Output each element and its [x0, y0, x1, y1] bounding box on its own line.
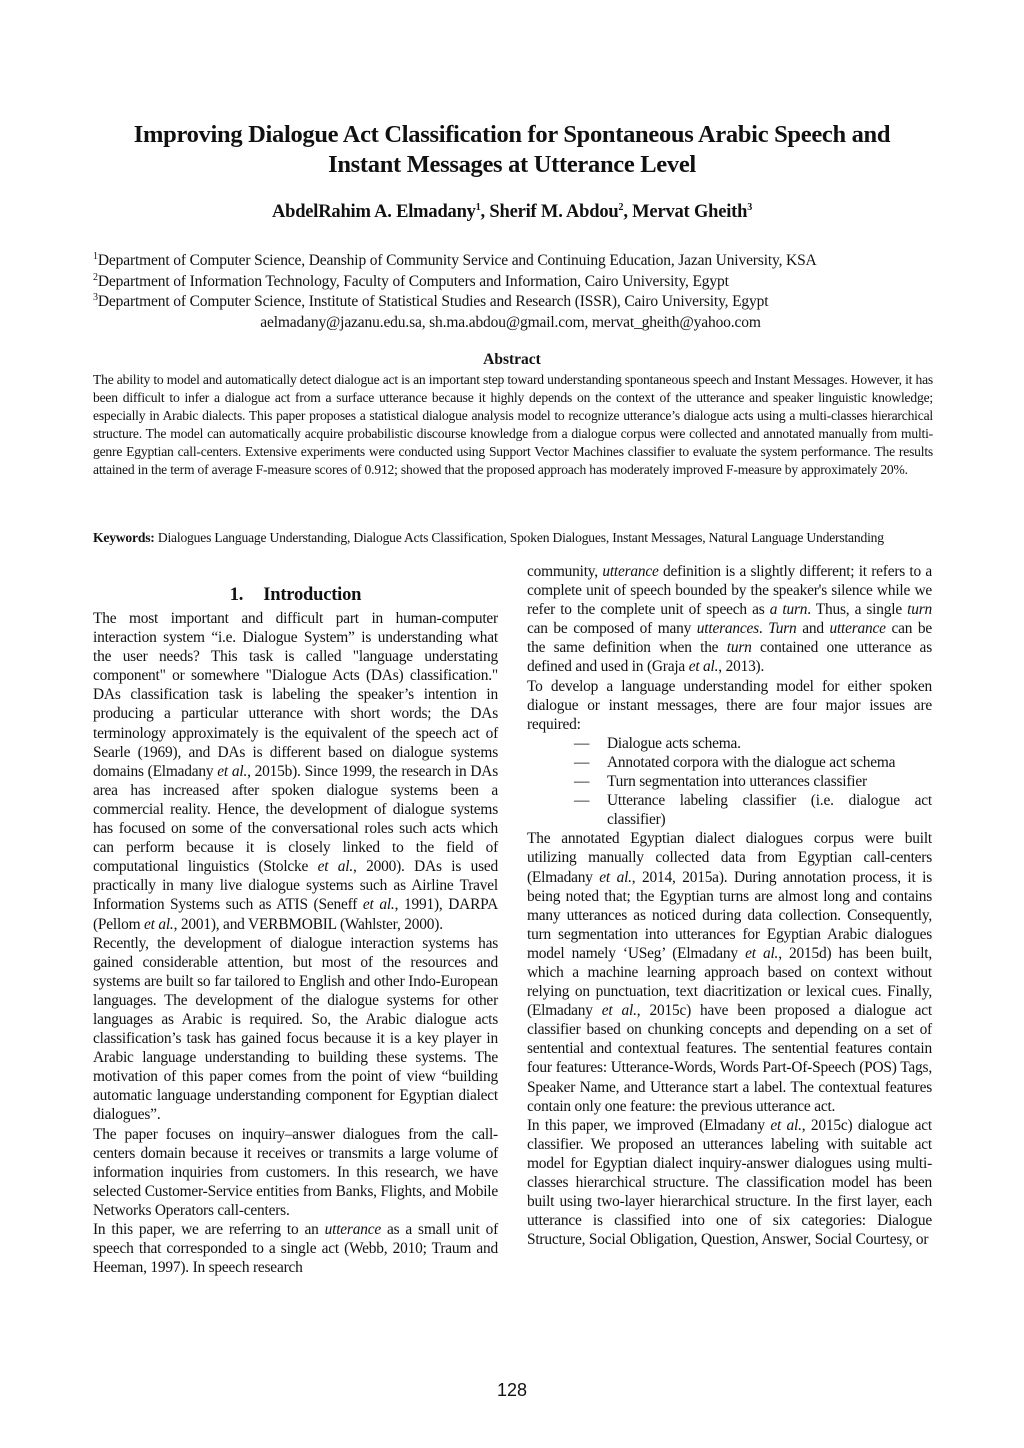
- body-paragraph: In this paper, we improved (Elmadany et …: [527, 1116, 932, 1250]
- author-name: Sherif M. Abdou: [489, 202, 618, 222]
- affiliations: 1Department of Computer Science, Deanshi…: [93, 251, 938, 333]
- list-item: Turn segmentation into utterances classi…: [607, 772, 932, 791]
- left-paragraphs: The most important and difficult part in…: [93, 609, 498, 1277]
- author-emails: aelmadany@jazanu.edu.sa, sh.ma.abdou@gma…: [93, 313, 938, 334]
- left-column: 1.Introduction The most important and di…: [93, 581, 498, 1277]
- keywords: Keywords: Dialogues Language Understandi…: [93, 529, 933, 547]
- author-affiliation-marker: 1: [476, 202, 481, 213]
- keywords-text: Dialogues Language Understanding, Dialog…: [155, 530, 884, 545]
- abstract-text: The ability to model and automatically d…: [93, 371, 933, 480]
- title-line-2: Instant Messages at Utterance Level: [60, 150, 964, 180]
- section-title: Introduction: [263, 585, 361, 605]
- body-paragraph: community, utterance definition is a sli…: [527, 562, 932, 677]
- right-paragraphs-after-list: The annotated Egyptian dialect dialogues…: [527, 829, 932, 1249]
- right-column: community, utterance definition is a sli…: [527, 562, 932, 1249]
- body-paragraph: The most important and difficult part in…: [93, 609, 498, 934]
- author-affiliation-marker: 2: [619, 202, 624, 213]
- affiliation-3: 3Department of Computer Science, Institu…: [93, 292, 938, 313]
- affiliation-1: 1Department of Computer Science, Deanshi…: [93, 251, 938, 272]
- list-item: Dialogue acts schema.: [607, 734, 932, 753]
- affiliation-text: Department of Computer Science, Institut…: [98, 293, 769, 310]
- right-paragraphs-before-list: community, utterance definition is a sli…: [527, 562, 932, 734]
- affiliation-2: 2Department of Information Technology, F…: [93, 272, 938, 293]
- author-name: Mervat Gheith: [632, 202, 747, 222]
- issues-list: Dialogue acts schema. Annotated corpora …: [527, 734, 932, 829]
- body-paragraph: In this paper, we are referring to an ut…: [93, 1220, 498, 1277]
- body-paragraph: The paper focuses on inquiry–answer dial…: [93, 1125, 498, 1220]
- abstract-heading: Abstract: [60, 351, 964, 369]
- body-paragraph: To develop a language understanding mode…: [527, 677, 932, 734]
- title-line-1: Improving Dialogue Act Classification fo…: [60, 120, 964, 150]
- body-paragraph: The annotated Egyptian dialect dialogues…: [527, 829, 932, 1115]
- page-number: 128: [0, 1380, 1024, 1401]
- list-item: Annotated corpora with the dialogue act …: [607, 753, 932, 772]
- paper-title: Improving Dialogue Act Classification fo…: [60, 120, 964, 180]
- list-item: Utterance labeling classifier (i.e. dial…: [607, 791, 932, 829]
- section-number: 1.: [230, 585, 243, 605]
- keywords-label: Keywords:: [93, 530, 155, 545]
- author-name: AbdelRahim A. Elmadany: [272, 202, 476, 222]
- affiliation-text: Department of Computer Science, Deanship…: [98, 252, 817, 269]
- author-affiliation-marker: 3: [747, 202, 752, 213]
- affiliation-text: Department of Information Technology, Fa…: [98, 273, 729, 290]
- body-paragraph: Recently, the development of dialogue in…: [93, 934, 498, 1125]
- author-list: AbdelRahim A. Elmadany1, Sherif M. Abdou…: [60, 202, 964, 223]
- section-heading: 1.Introduction: [93, 581, 498, 609]
